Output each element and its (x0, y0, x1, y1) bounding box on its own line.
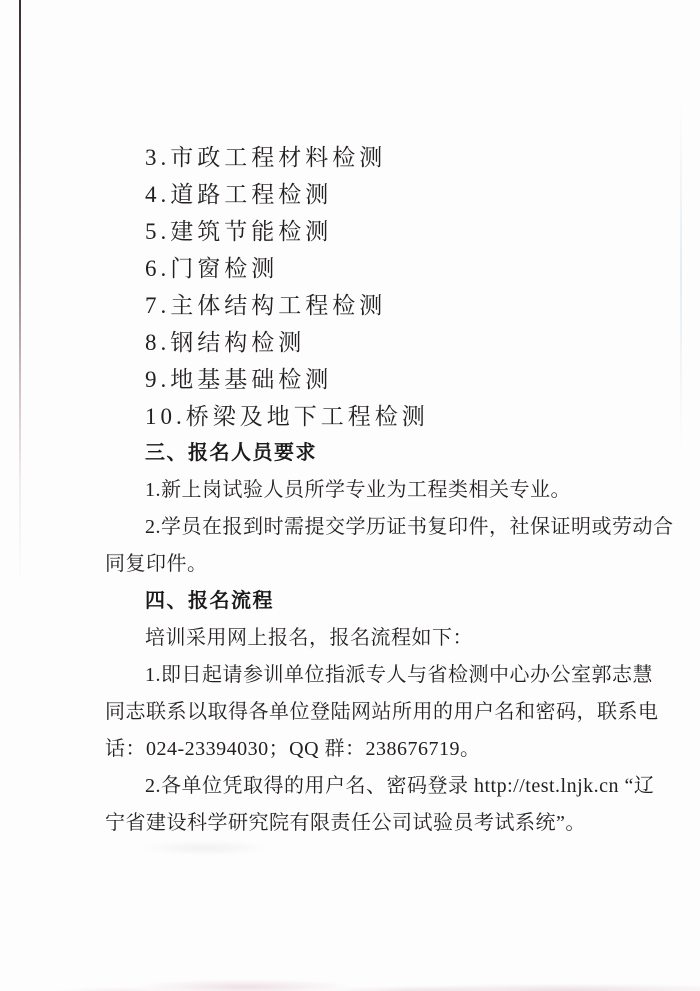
paragraph-line: 1.新上岗试验人员所学专业为工程类相关专业。 (105, 472, 653, 509)
paragraph-line: 1.即日起请参训单位指派专人与省检测中心办公室郭志慧 (105, 657, 653, 694)
scan-smudge-bottom (0, 963, 700, 991)
list-item: 5.建筑节能检测 (105, 213, 653, 250)
document-text-block: 3.市政工程材料检测 4.道路工程检测 5.建筑节能检测 6.门窗检测 7.主体… (105, 139, 653, 842)
list-item: 3.市政工程材料检测 (105, 139, 653, 176)
paragraph-line: 培训采用网上报名，报名流程如下： (105, 620, 653, 657)
list-item: 6.门窗检测 (105, 250, 653, 287)
paragraph-line-website: 2.各单位凭取得的用户名、密码登录 http://test.lnjk.cn “辽 (105, 768, 653, 805)
list-item: 9.地基基础检测 (105, 361, 653, 398)
paragraph-line: 同复印件。 (105, 546, 653, 583)
paragraph-line: 同志联系以取得各单位登陆网站所用的用户名和密码，联系电 (105, 694, 653, 731)
paragraph-line: 2.学员在报到时需提交学历证书复印件，社保证明或劳动合 (105, 509, 653, 546)
list-item: 7.主体结构工程检测 (105, 287, 653, 324)
paragraph-line-contact: 话：024-23394030；QQ 群：238676719。 (105, 731, 653, 768)
list-item: 10.桥梁及地下工程检测 (105, 398, 653, 435)
section-heading-requirements: 三、报名人员要求 (105, 435, 653, 472)
paragraph-line: 宁省建设科学研究院有限责任公司试验员考试系统”。 (105, 805, 653, 842)
scanned-document-page: 3.市政工程材料检测 4.道路工程检测 5.建筑节能检测 6.门窗检测 7.主体… (0, 0, 700, 991)
list-item: 4.道路工程检测 (105, 176, 653, 213)
section-heading-process: 四、报名流程 (105, 583, 653, 620)
scan-smudge-mid (140, 840, 270, 856)
list-item: 8.钢结构检测 (105, 324, 653, 361)
scan-artifact-right-line (680, 95, 682, 455)
scan-artifact-left-line (19, 0, 21, 585)
